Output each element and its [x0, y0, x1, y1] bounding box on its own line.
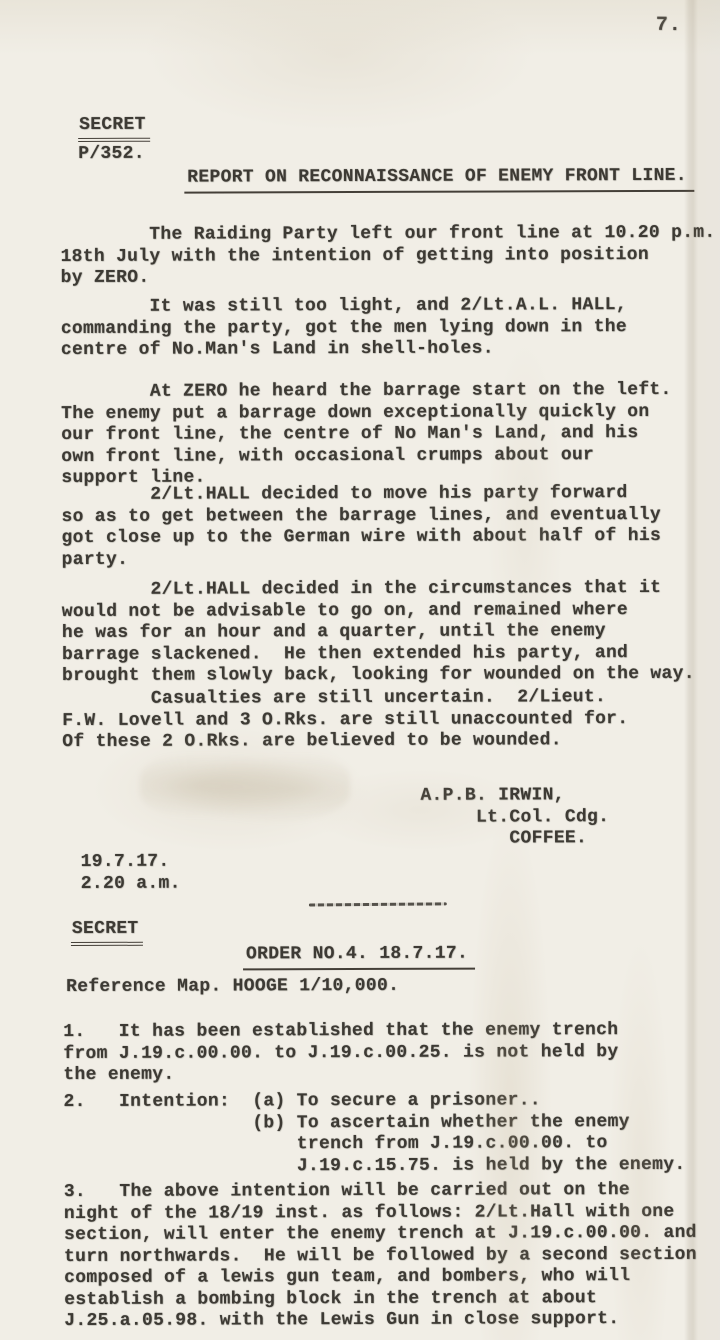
page-number: 7. [656, 15, 682, 37]
order-title-line: ORDER NO.4. 18.7.17. [243, 944, 475, 970]
order-item-2: 2. Intention: (a) To secure a prisoner..… [63, 1090, 685, 1178]
report-paragraph-3: At ZERO he heard the barrage start on th… [61, 380, 672, 490]
report-reference-number: P/352. [78, 144, 145, 166]
report-title-line: REPORT ON RECONNAISSANCE OF ENEMY FRONT … [184, 166, 694, 193]
classification-label: SECRET [78, 115, 150, 142]
report-paragraph-6: Casualties are still uncertain. 2/Lieut.… [62, 687, 628, 753]
classification-label: SECRET [71, 919, 143, 946]
order-title: ORDER NO.4. 18.7.17. [243, 944, 475, 970]
map-reference-line: Reference Map. HOOGE 1/10,000. [66, 976, 399, 999]
report-paragraph-4: 2/Lt.HALL decided to move his party forw… [61, 483, 661, 571]
signature-block: A.P.B. IRWIN, Lt.Col. Cdg. COFFEE. [420, 785, 609, 850]
date-time-block: 19.7.17. 2.20 a.m. [81, 852, 181, 895]
report-paragraph-2: It was still too light, and 2/Lt.A.L. HA… [61, 295, 627, 361]
document-sheet: 7. SECRET P/352. REPORT ON RECONNAISSANC… [0, 0, 720, 1340]
order-item-3: 3. The above intention will be carried o… [64, 1180, 697, 1333]
typed-divider [309, 902, 447, 906]
report-paragraph-1: The Raiding Party left our front line at… [60, 223, 715, 290]
report-classification-line: SECRET [78, 115, 150, 142]
scanned-document-page: 7. SECRET P/352. REPORT ON RECONNAISSANC… [0, 0, 720, 1340]
report-paragraph-5: 2/Lt.HALL decided in the circumstances t… [62, 578, 695, 688]
order-classification-line: SECRET [71, 919, 143, 946]
order-item-1: 1. It has been established that the enem… [63, 1020, 618, 1086]
report-title: REPORT ON RECONNAISSANCE OF ENEMY FRONT … [184, 166, 694, 193]
